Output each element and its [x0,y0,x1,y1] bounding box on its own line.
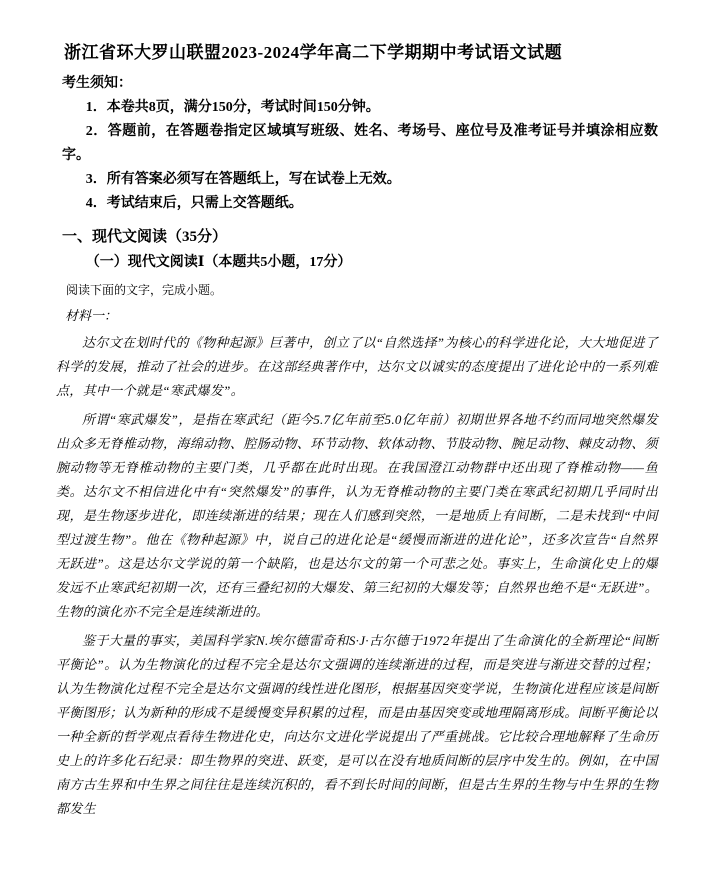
notice-item-1: 1．本卷共8页，满分150分，考试时间150分钟。 [62,96,658,120]
material-paragraph-3: 鉴于大量的事实，美国科学家N.埃尔德雷奇和S·J·古尔德于1972年提出了生命演… [56,629,658,821]
material-paragraph-1: 达尔文在划时代的《物种起源》巨著中，创立了以“自然选择”为核心的科学进化论，大大… [56,331,658,403]
material-one-label: 材料一： [65,306,658,326]
subsection-heading-reading-1: （一）现代文阅读Ⅰ（本题共5小题，17分） [62,250,658,276]
notice-item-2: 2．答题前，在答题卷指定区域填写班级、姓名、考场号、座位号及准考证号并填涂相应数… [62,120,658,168]
page-title: 浙江省环大罗山联盟2023-2024学年高二下学期期中考试语文试题 [64,42,658,64]
notice-heading: 考生须知： [62,76,658,92]
notice-item-4: 4．考试结束后，只需上交答题纸。 [62,192,658,216]
reading-instruction: 阅读下面的文字，完成小题。 [66,280,658,300]
material-paragraph-2: 所谓“寒武爆发”，是指在寒武纪（距今5.7亿年前至5.0亿年前）初期世界各地不约… [56,408,658,624]
section-heading-modern-text-reading: 一、现代文阅读（35分） [62,224,658,250]
page-content: 浙江省环大罗山联盟2023-2024学年高二下学期期中考试语文试题 考生须知： … [0,0,701,821]
exam-paper-page: 浙江省环大罗山联盟2023-2024学年高二下学期期中考试语文试题 考生须知： … [0,0,701,877]
notice-item-3: 3．所有答案必须写在答题纸上，写在试卷上无效。 [62,168,658,192]
